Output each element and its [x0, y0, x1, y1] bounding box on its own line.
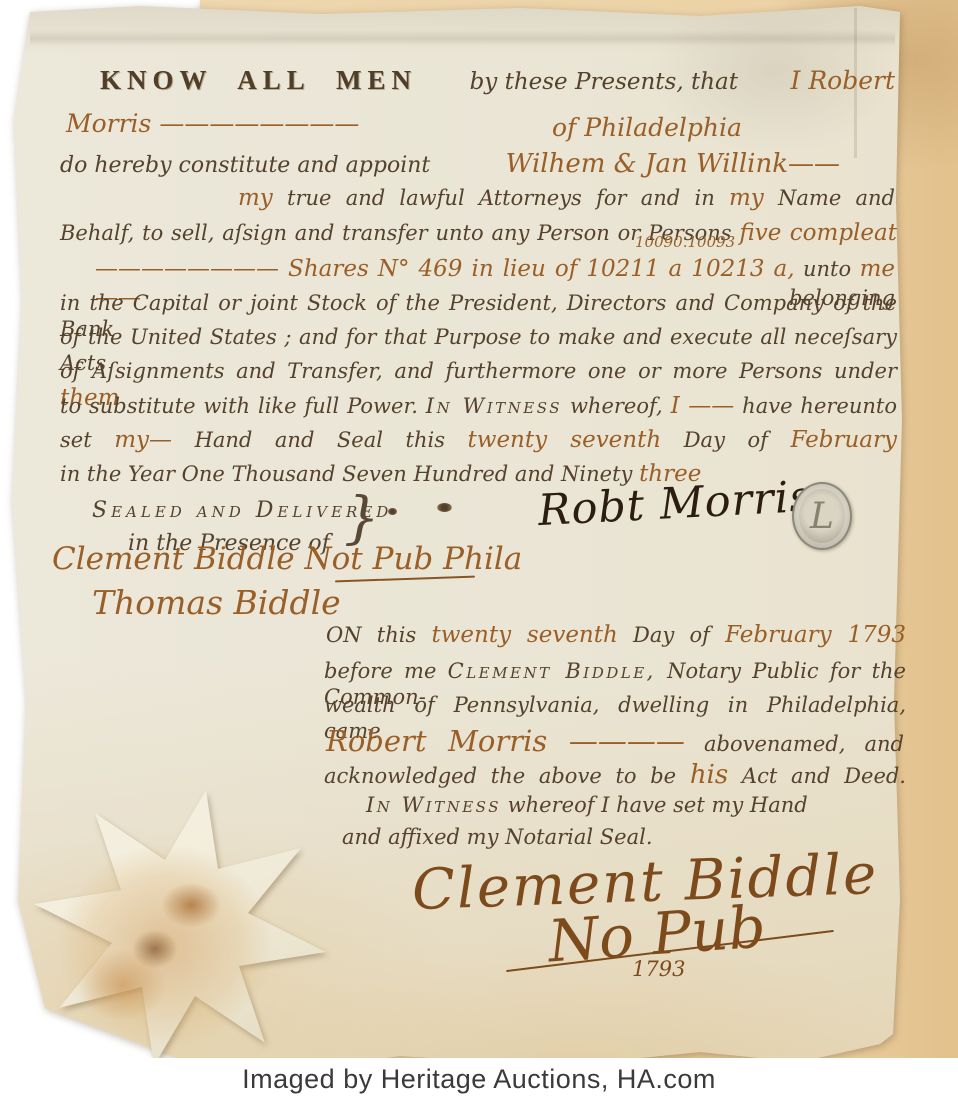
- watermark-bar: Imaged by Heritage Auctions, HA.com: [0, 1058, 958, 1100]
- watermark-text: Imaged by Heritage Auctions, HA.com: [242, 1064, 716, 1095]
- scanned-document-page: KNOW ALL MEN by these Presents, that I R…: [0, 0, 958, 1100]
